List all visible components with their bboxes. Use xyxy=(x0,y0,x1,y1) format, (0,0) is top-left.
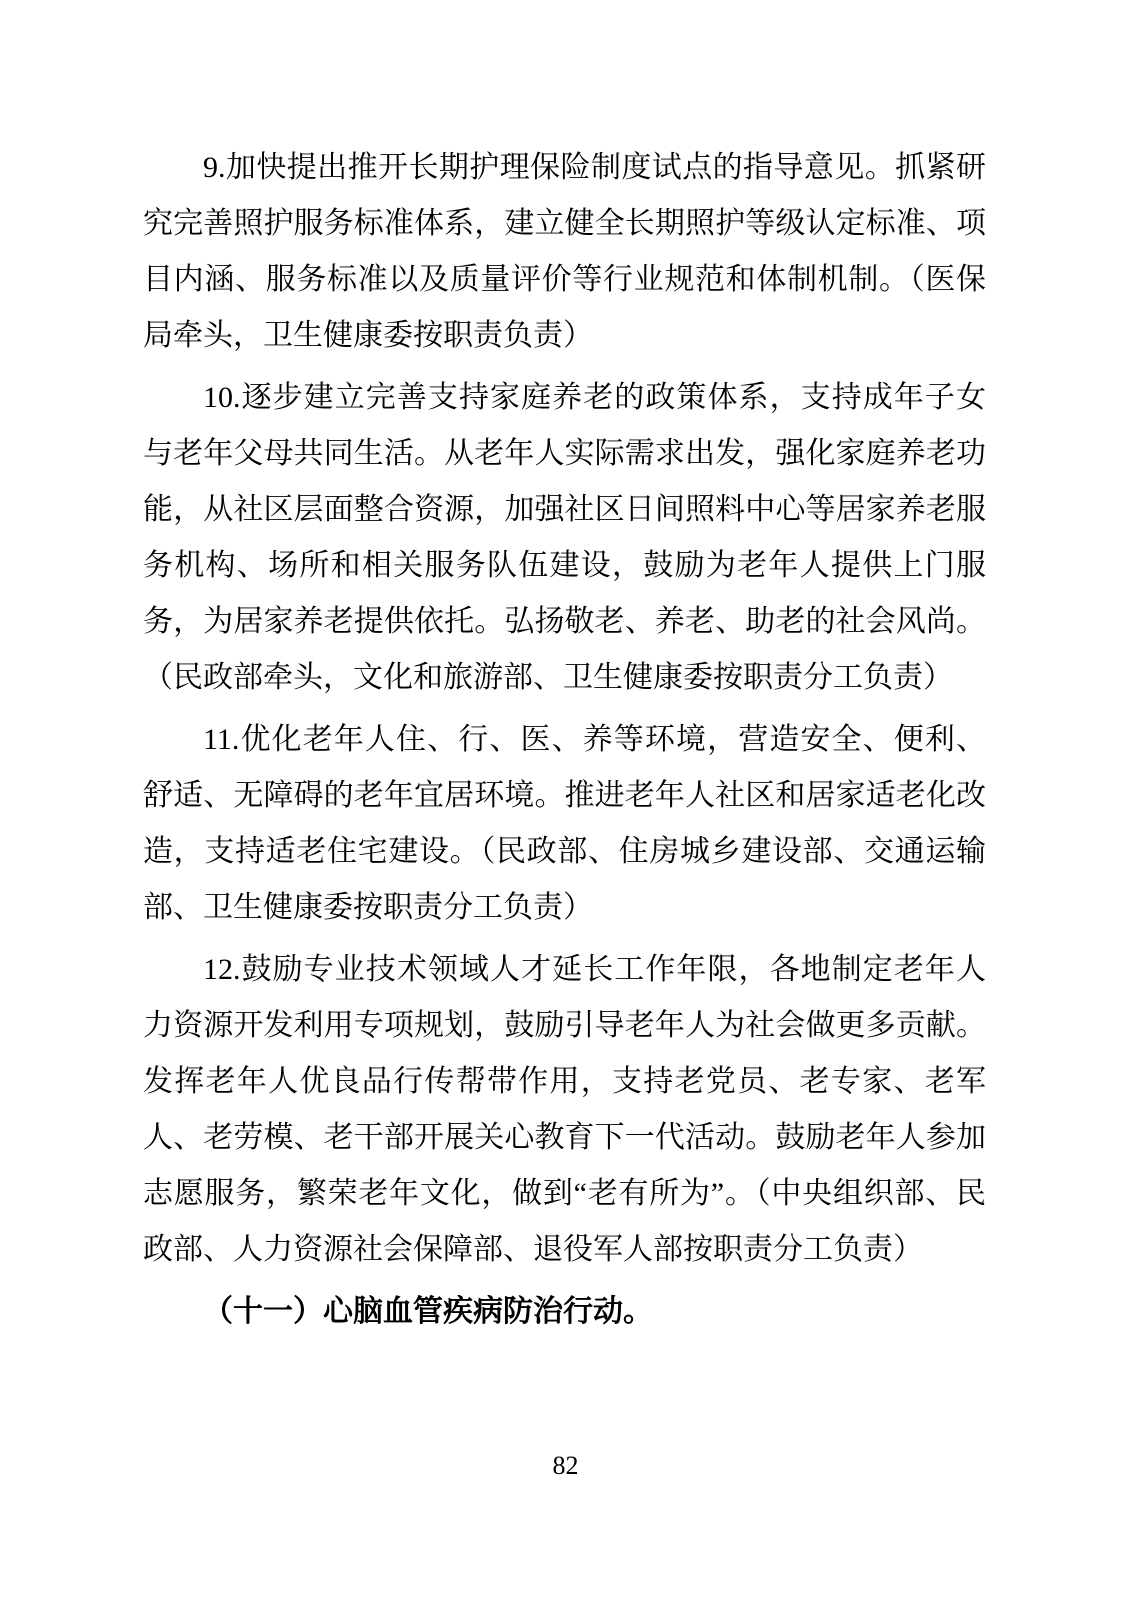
document-body: 9.加快提出推开长期护理保险制度试点的指导意见。抓紧研究完善照护服务标准体系，建… xyxy=(143,140,986,1346)
page-number: 82 xyxy=(0,1450,1131,1482)
document-page: 9.加快提出推开长期护理保险制度试点的指导意见。抓紧研究完善照护服务标准体系，建… xyxy=(0,0,1131,1600)
paragraph: 9.加快提出推开长期护理保险制度试点的指导意见。抓紧研究完善照护服务标准体系，建… xyxy=(143,140,986,364)
paragraph: 11.优化老年人住、行、医、养等环境，营造安全、便利、舒适、无障碍的老年宜居环境… xyxy=(143,712,986,936)
paragraph: 12.鼓励专业技术领域人才延长工作年限，各地制定老年人力资源开发利用专项规划，鼓… xyxy=(143,942,986,1278)
paragraph: 10.逐步建立完善支持家庭养老的政策体系，支持成年子女与老年父母共同生活。从老年… xyxy=(143,370,986,706)
section-heading: （十一）心脑血管疾病防治行动。 xyxy=(143,1284,986,1340)
